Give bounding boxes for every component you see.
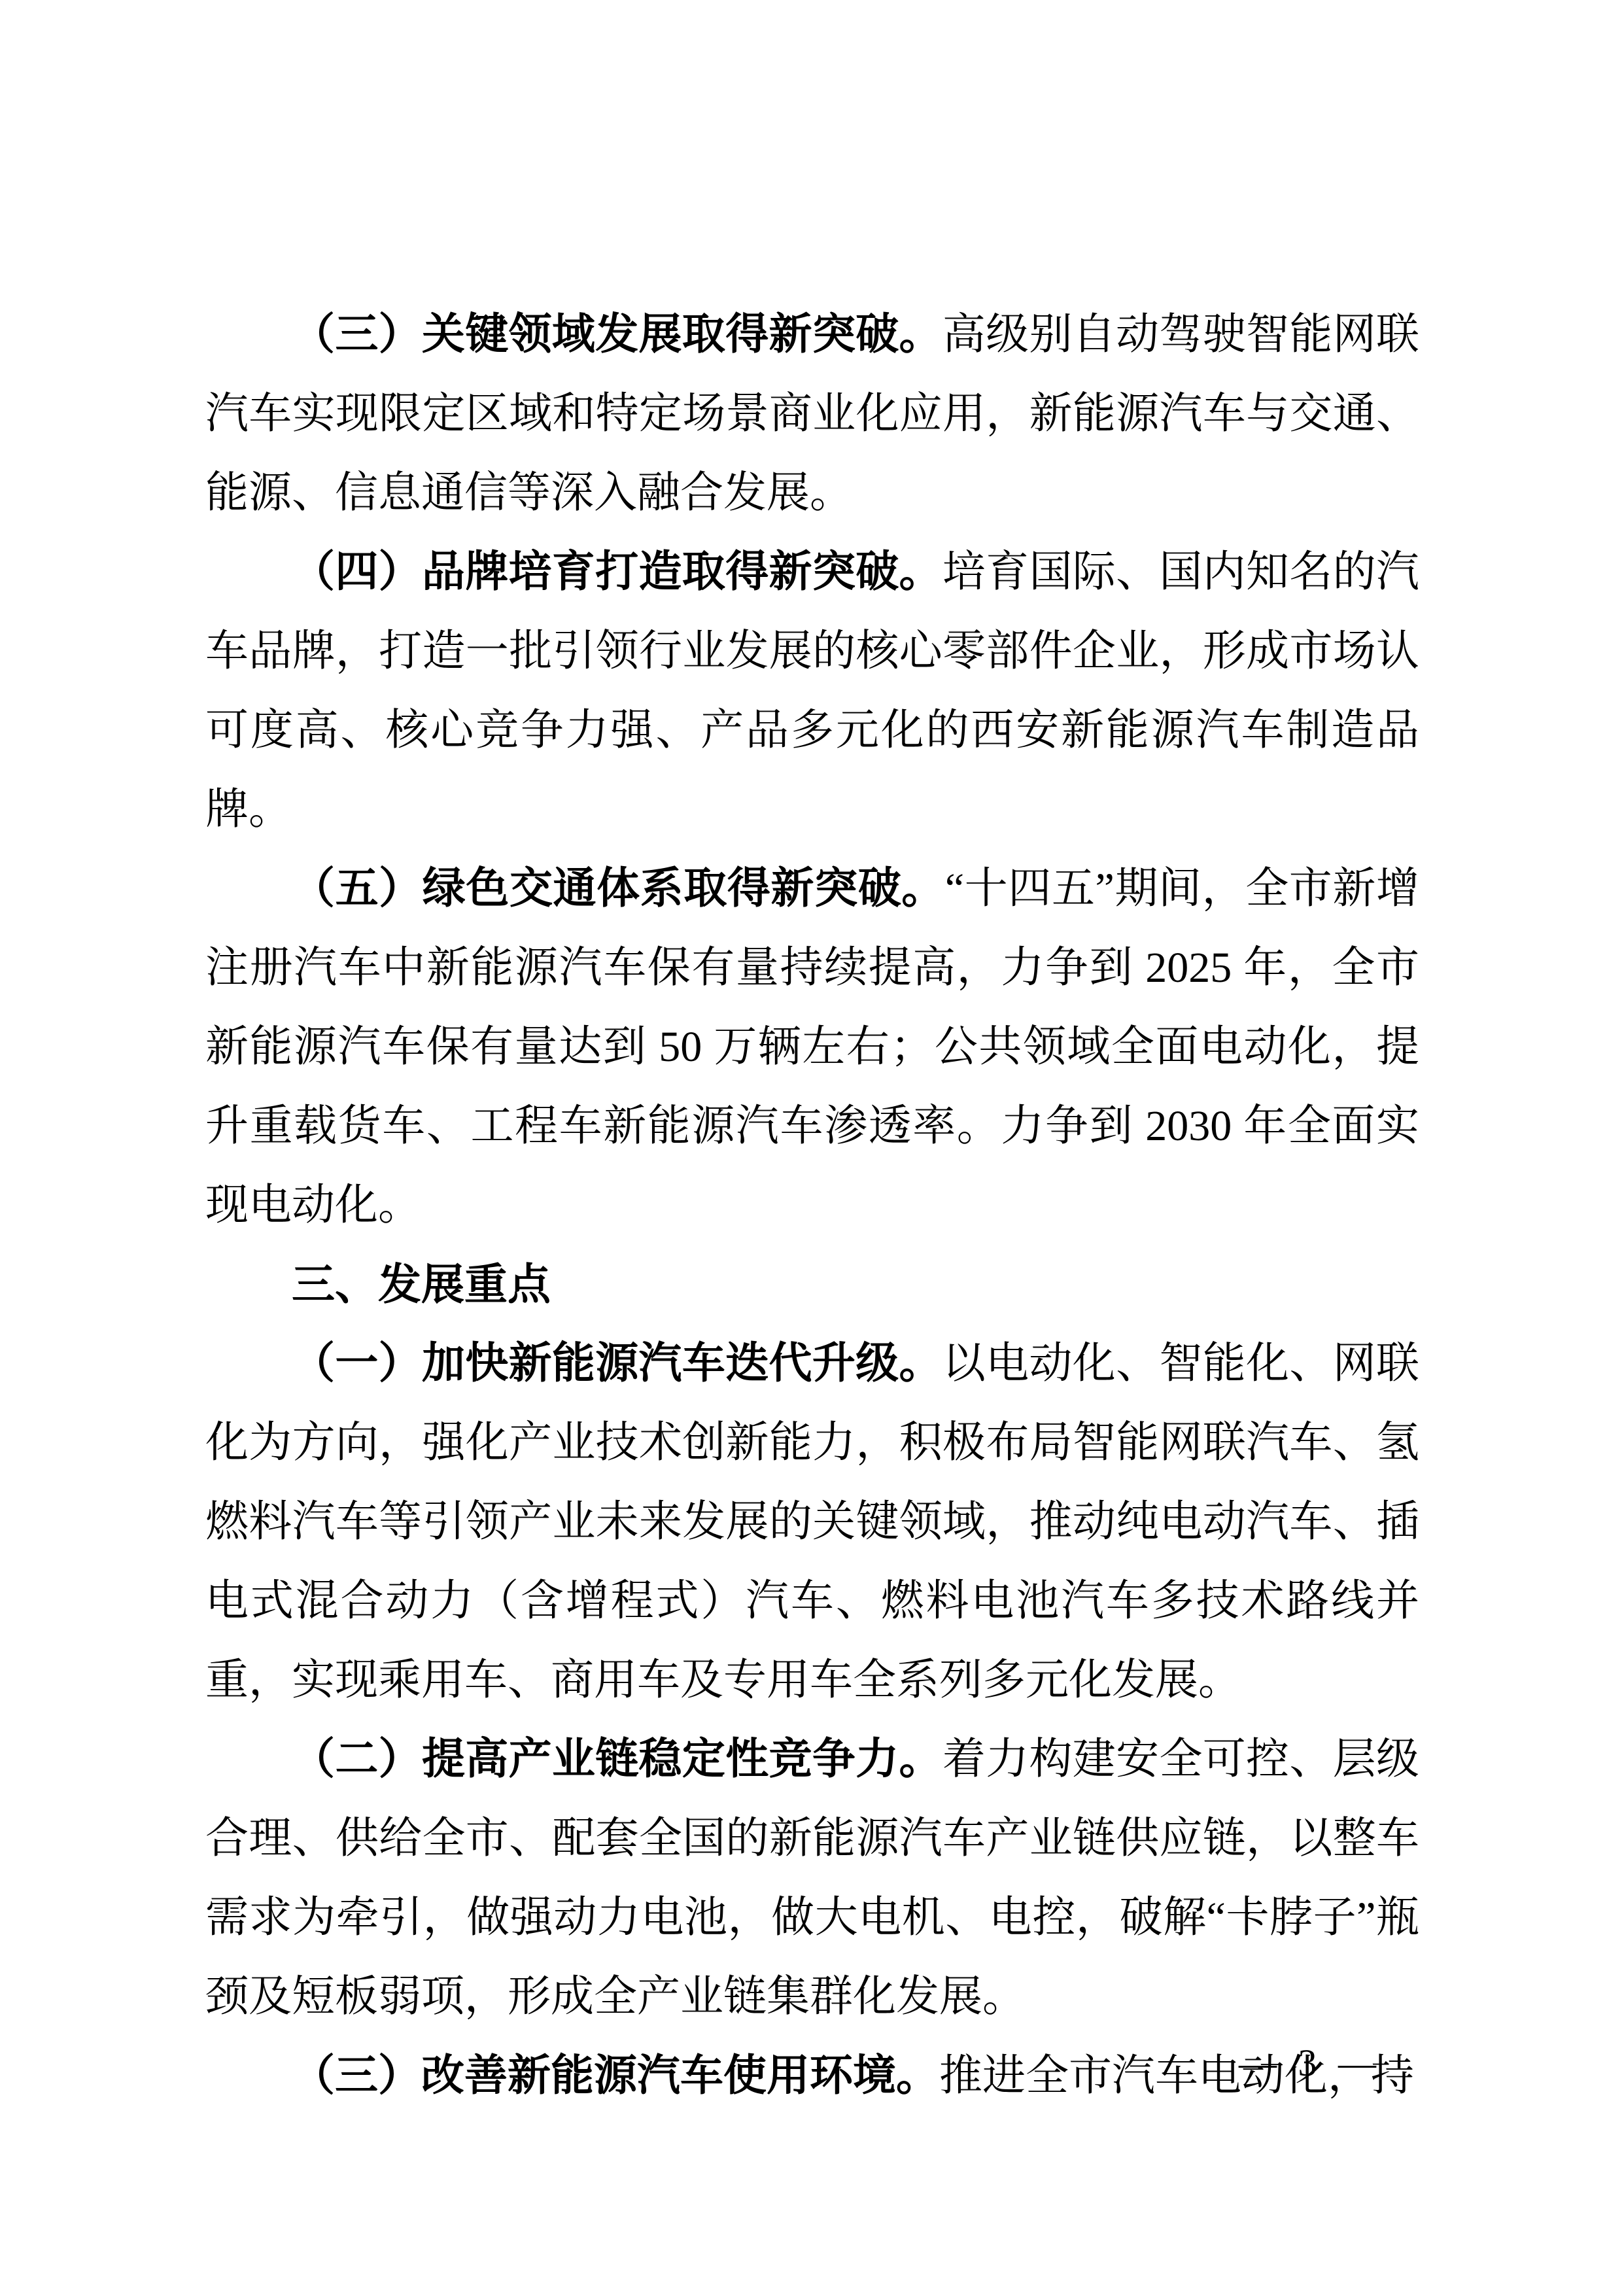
paragraph-lead: （四）品牌培育打造取得新突破。 (292, 548, 942, 596)
paragraph-text: 以电动化、智能化、网联化为方向，强化产业技术创新能力，积极布局智能网联汽车、氢燃… (205, 1340, 1419, 1704)
paragraph: （三）关键领域发展取得新突破。高级别自动驾驶智能网联汽车实现限定区域和特定场景商… (205, 295, 1419, 532)
page-footer: — 3 — (1239, 2042, 1376, 2084)
paragraph-lead: （三）改善新能源汽车使用环境。 (292, 2052, 939, 2100)
document-page: （三）关键领域发展取得新突破。高级别自动驾驶智能网联汽车实现限定区域和特定场景商… (0, 0, 1624, 2296)
paragraph: （二）提高产业链稳定性竞争力。着力构建安全可控、层级合理、供给全市、配套全国的新… (205, 1720, 1419, 2036)
paragraph: （三）改善新能源汽车使用环境。推进全市汽车电动化，持 (205, 2036, 1419, 2115)
section-heading: 三、发展重点 (205, 1245, 1419, 1324)
paragraph: （五）绿色交通体系取得新突破。“十四五”期间，全市新增注册汽车中新能源汽车保有量… (205, 849, 1419, 1245)
paragraph-lead: （二）提高产业链稳定性竞争力。 (292, 1735, 942, 1783)
paragraph: （一）加快新能源汽车迭代升级。以电动化、智能化、网联化为方向，强化产业技术创新能… (205, 1324, 1419, 1720)
paragraph-lead: （一）加快新能源汽车迭代升级。 (292, 1340, 942, 1387)
paragraph-lead: （三）关键领域发展取得新突破。 (292, 311, 942, 358)
document-body: （三）关键领域发展取得新突破。高级别自动驾驶智能网联汽车实现限定区域和特定场景商… (205, 295, 1419, 2115)
paragraph-lead: （五）绿色交通体系取得新突破。 (292, 865, 945, 913)
paragraph: （四）品牌培育打造取得新突破。培育国际、国内知名的汽车品牌，打造一批引领行业发展… (205, 532, 1419, 849)
page-number: — 3 — (1239, 2042, 1376, 2084)
paragraph-text: “十四五”期间，全市新增注册汽车中新能源汽车保有量持续提高，力争到 2025 年… (205, 865, 1419, 1229)
